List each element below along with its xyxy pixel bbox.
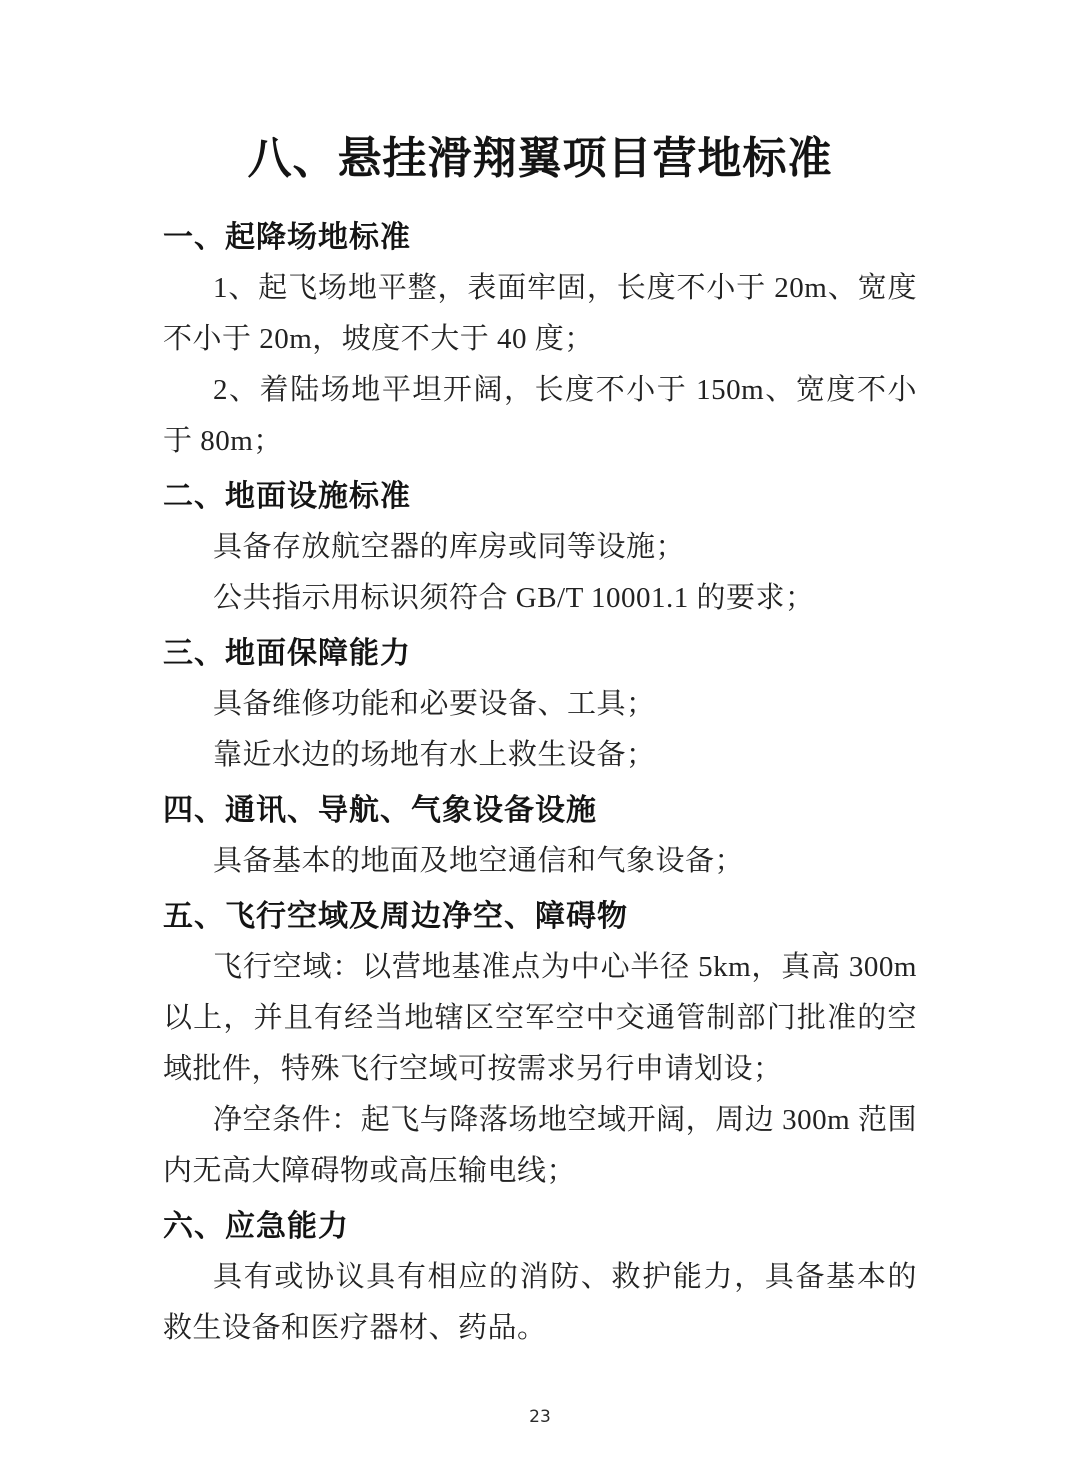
section-5-paragraph-2: 净空条件：起飞与降落场地空域开阔，周边 300m 范围内无高大障碍物或高压输电线…: [163, 1095, 917, 1197]
section-2-paragraph-1: 具备存放航空器的库房或同等设施；: [163, 522, 917, 573]
section-2-heading: 二、地面设施标准: [163, 471, 917, 522]
section-6-paragraph-1: 具有或协议具有相应的消防、救护能力，具备基本的救生设备和医疗器材、药品。: [163, 1252, 917, 1354]
section-4: 四、通讯、导航、气象设备设施 具备基本的地面及地空通信和气象设备；: [163, 785, 917, 887]
section-2: 二、地面设施标准 具备存放航空器的库房或同等设施； 公共指示用标识须符合 GB/…: [163, 471, 917, 624]
section-2-paragraph-2: 公共指示用标识须符合 GB/T 10001.1 的要求；: [163, 573, 917, 624]
section-5-paragraph-1: 飞行空域：以营地基准点为中心半径 5km，真高 300m 以上，并且有经当地辖区…: [163, 942, 917, 1095]
section-5-heading: 五、飞行空域及周边净空、障碍物: [163, 891, 917, 942]
section-4-heading: 四、通讯、导航、气象设备设施: [163, 785, 917, 836]
page-number: 23: [529, 1407, 551, 1427]
section-3-paragraph-2: 靠近水边的场地有水上救生设备；: [163, 730, 917, 781]
page-title: 八、悬挂滑翔翼项目营地标准: [163, 132, 917, 186]
section-5: 五、飞行空域及周边净空、障碍物 飞行空域：以营地基准点为中心半径 5km，真高 …: [163, 891, 917, 1197]
section-3: 三、地面保障能力 具备维修功能和必要设备、工具； 靠近水边的场地有水上救生设备；: [163, 628, 917, 781]
document-page: 八、悬挂滑翔翼项目营地标准 一、起降场地标准 1、起飞场地平整，表面牢固，长度不…: [0, 0, 1080, 1463]
section-1-paragraph-1: 1、起飞场地平整，表面牢固，长度不小于 20m、宽度不小于 20m，坡度不大于 …: [163, 263, 917, 365]
section-3-paragraph-1: 具备维修功能和必要设备、工具；: [163, 679, 917, 730]
section-6: 六、应急能力 具有或协议具有相应的消防、救护能力，具备基本的救生设备和医疗器材、…: [163, 1201, 917, 1354]
section-3-heading: 三、地面保障能力: [163, 628, 917, 679]
page-footer: 23: [0, 1407, 1080, 1427]
section-1-paragraph-2: 2、着陆场地平坦开阔，长度不小于 150m、宽度不小于 80m；: [163, 365, 917, 467]
section-1-heading: 一、起降场地标准: [163, 212, 917, 263]
section-6-heading: 六、应急能力: [163, 1201, 917, 1252]
section-1: 一、起降场地标准 1、起飞场地平整，表面牢固，长度不小于 20m、宽度不小于 2…: [163, 212, 917, 467]
section-4-paragraph-1: 具备基本的地面及地空通信和气象设备；: [163, 836, 917, 887]
